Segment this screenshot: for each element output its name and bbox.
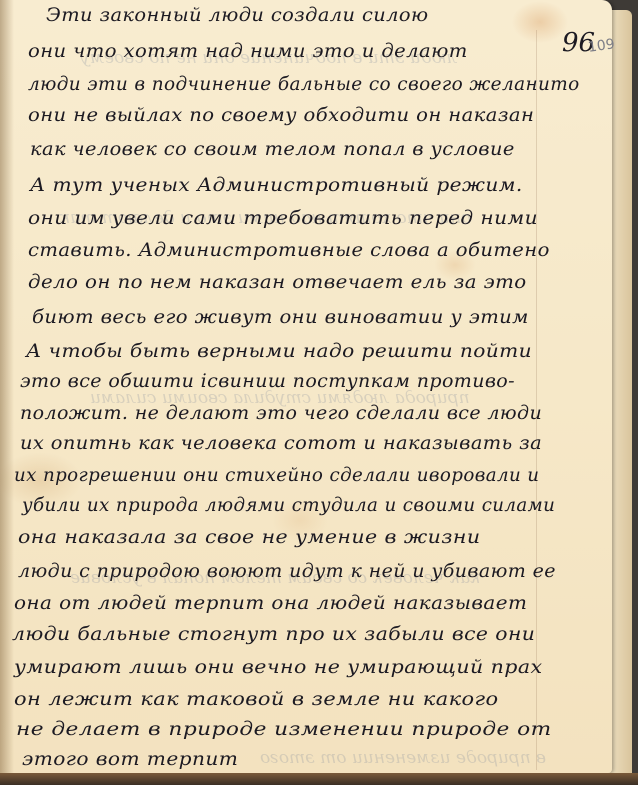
manuscript-line: она наказала за свое не умение в жизни: [18, 526, 481, 548]
document-scan: люди эти в подчинение они не по своему о…: [0, 0, 638, 785]
manuscript-line: она от людей терпит она людей наказывает: [14, 592, 527, 614]
manuscript-line: как человек со своим телом попал в услов…: [30, 138, 515, 160]
manuscript-line: их прогрешении они стихейно сделали ивор…: [14, 464, 539, 486]
manuscript-line: они что хотят над ними это и делают: [28, 40, 468, 62]
manuscript-line: умирают лишь они вечно не умирающий прах: [14, 656, 543, 678]
bleed-through-text: в природе изменении от этого: [260, 748, 546, 768]
manuscript-line: Эти законный люди создали силою: [46, 4, 428, 26]
manuscript-line: это все обшити ісвиниш поступкам противо…: [20, 370, 515, 392]
manuscript-line: дело он по нем наказан отвечает ель за э…: [28, 271, 527, 293]
manuscript-line: люди бальные стогнут про их забыли все о…: [12, 623, 535, 645]
binding-shadow: [0, 0, 14, 773]
manuscript-line: этого вот терпит: [22, 748, 238, 770]
manuscript-line: люди эти в подчинение бальные со своего …: [28, 73, 580, 95]
manuscript-line: их опитнь как человека сотот и наказыват…: [20, 432, 542, 454]
manuscript-line: он лежит как таковой в земле ни какого: [14, 688, 499, 710]
scan-bottom-edge: [0, 773, 638, 785]
archive-page-number: 109: [587, 36, 616, 56]
manuscript-line: положит. не делают это чего сделали все …: [20, 402, 542, 424]
manuscript-line: биют весь его живут они виноватии у этим: [32, 306, 529, 328]
manuscript-line: они им увели сами требоватить перед ними: [28, 207, 538, 229]
manuscript-line: А чтобы быть верными надо решити пойти: [26, 340, 532, 362]
manuscript-line: А тут ученых Администротивный режим.: [30, 174, 523, 196]
manuscript-line: люди с природою воюют идут к ней и убива…: [18, 560, 556, 582]
manuscript-line: ставить. Администротивные слова а обитен…: [28, 239, 550, 261]
manuscript-line: они не выйлах по своему обходити он нака…: [28, 104, 534, 126]
manuscript-line: убили их природа людями студила и своими…: [22, 494, 555, 516]
manuscript-line: не делает в природе изменении природе от: [16, 718, 552, 740]
manuscript-page: люди эти в подчинение они не по своему о…: [0, 0, 612, 773]
